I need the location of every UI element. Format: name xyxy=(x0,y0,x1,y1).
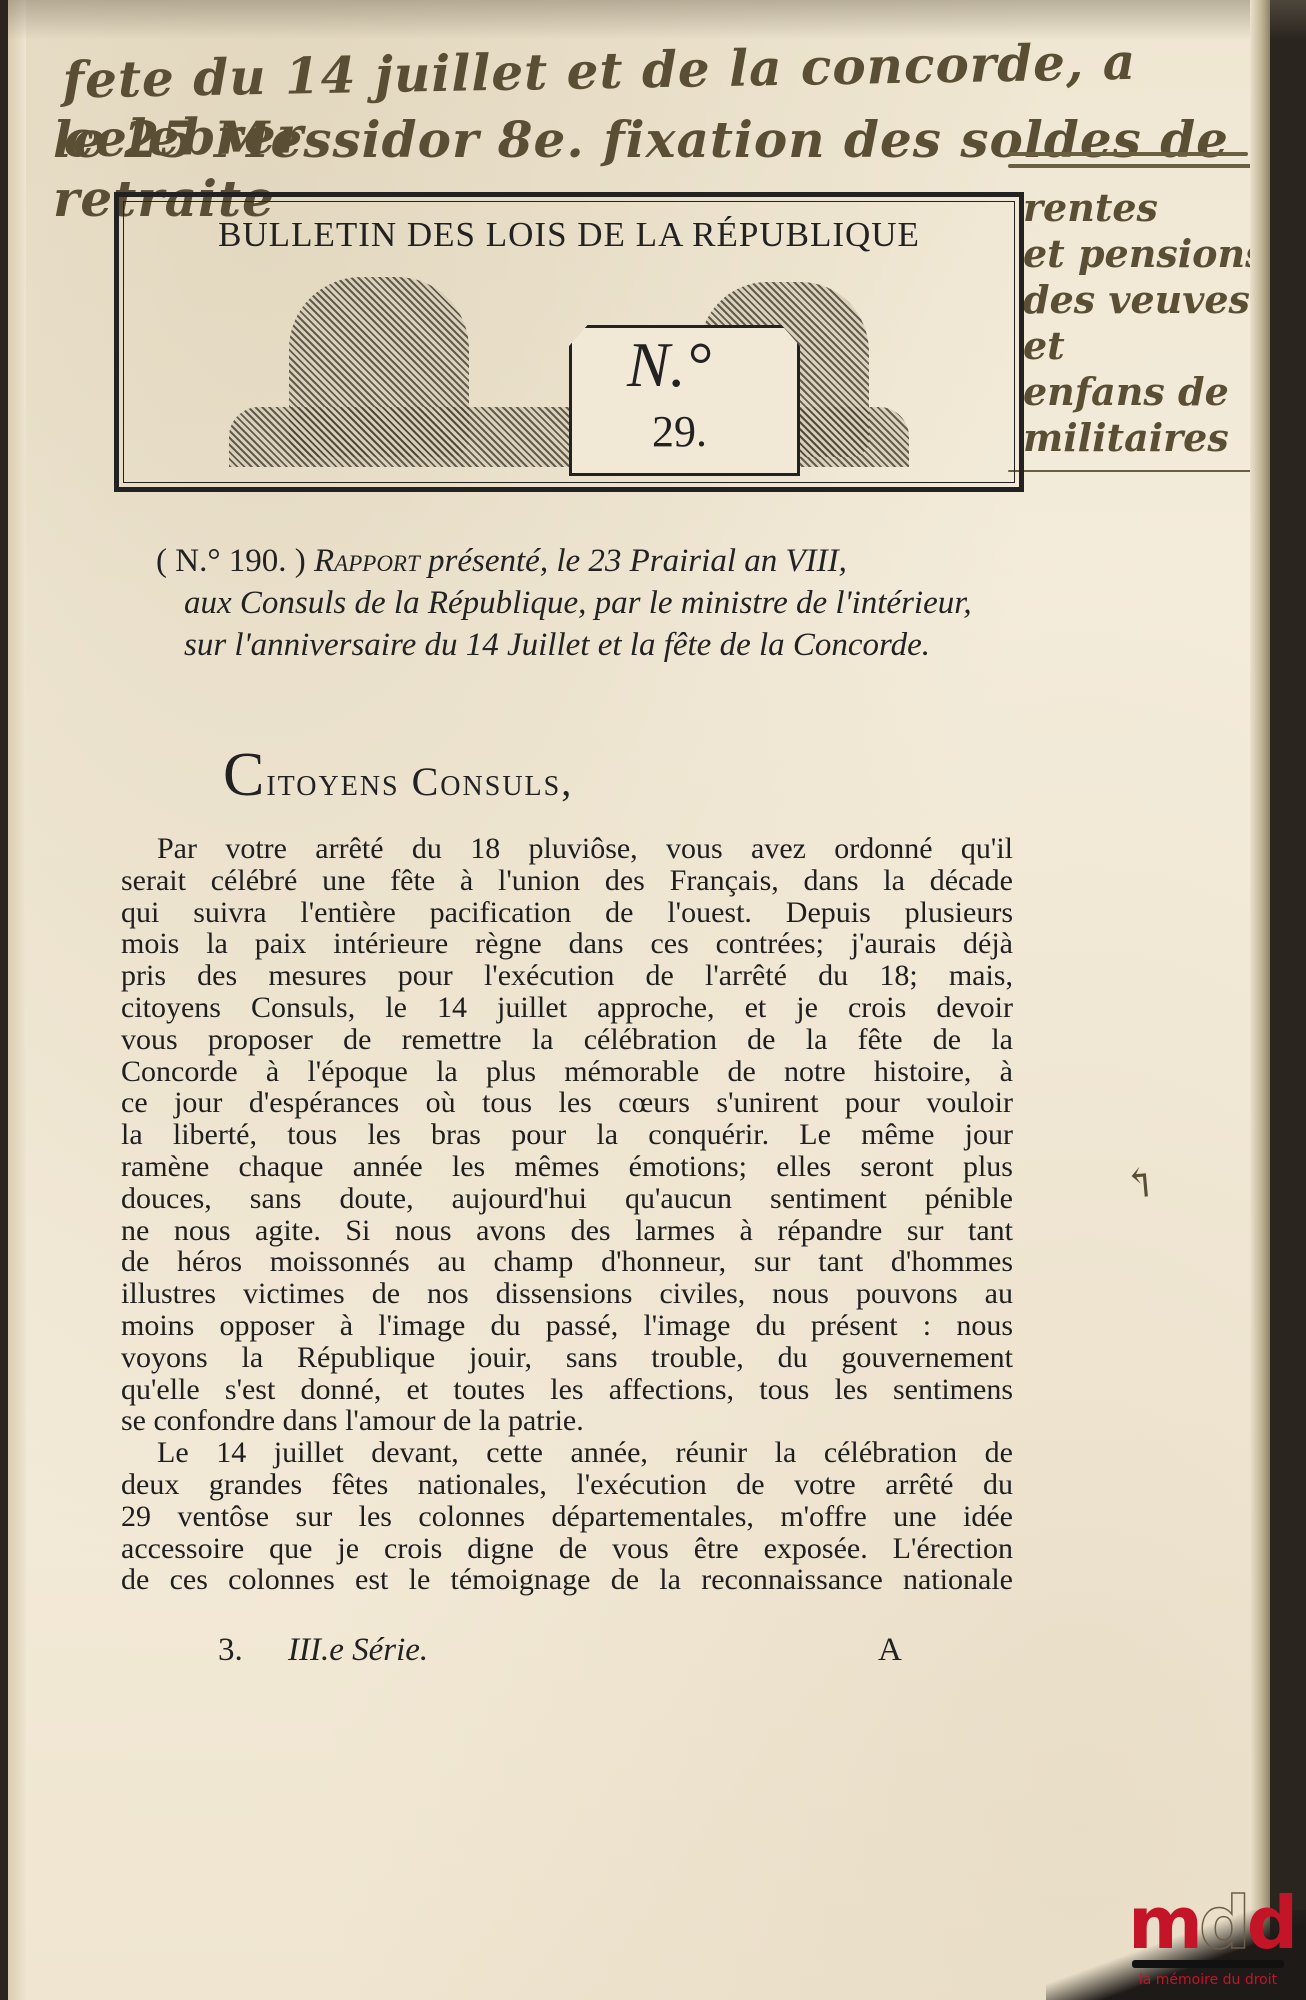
margin-mark-icon: ↰ xyxy=(1121,1159,1158,1209)
body-line: ne nous agite. Si nous avons des larmes … xyxy=(121,1215,1013,1247)
body-line: mois la paix intérieure règne dans ces c… xyxy=(121,928,1013,960)
handwritten-strike xyxy=(1008,152,1248,156)
body-line: voyons la République jouir, sans trouble… xyxy=(121,1342,1013,1374)
side-note-line: et pensions xyxy=(1023,231,1273,277)
handwritten-rule xyxy=(1008,470,1268,472)
rapport-heading: ( N.° 190. ) Rapport présenté, le 23 Pra… xyxy=(156,540,1016,666)
salutation-initial: C xyxy=(223,741,266,809)
body-line: pris des mesures pour l'exécution de l'a… xyxy=(121,960,1013,992)
bulletin-number: 29. xyxy=(652,406,707,457)
body-line: vous proposer de remettre la célébration… xyxy=(121,1024,1013,1056)
body-line: serait célébré une fête à l'union des Fr… xyxy=(121,865,1013,897)
logo-tagline: la mémoire du droit xyxy=(1128,1972,1288,1988)
side-note-line: des veuves xyxy=(1023,277,1273,323)
side-note-line: militaires xyxy=(1023,415,1273,461)
body-line: ramène chaque année les mêmes émotions; … xyxy=(121,1151,1013,1183)
rapport-title-word: Rapport xyxy=(314,543,420,579)
body-line: Par votre arrêté du 18 pluviôse, vous av… xyxy=(121,833,1013,865)
body-line: la liberté, tous les bras pour la conqué… xyxy=(121,1119,1013,1151)
signature-number: 3. xyxy=(218,1632,243,1669)
salutation: Citoyens Consuls, xyxy=(223,740,573,811)
salutation-rest: itoyens Consuls, xyxy=(266,759,573,804)
rapport-line-2: aux Consuls de la République, par le min… xyxy=(156,582,1016,624)
body-line: qui suivra l'entière pacification de l'o… xyxy=(121,897,1013,929)
body-line: 29 ventôse sur les colonnes départementa… xyxy=(121,1501,1013,1533)
document-page: fete du 14 juillet et de la concorde, a … xyxy=(8,0,1270,2000)
body-line: qu'elle s'est donné, et toutes les affec… xyxy=(121,1374,1013,1406)
bulletin-header-frame: BULLETIN DES LOIS DE LA RÉPUBLIQUE N.° 2… xyxy=(114,192,1024,492)
body-line: de héros moissonnés au champ d'honneur, … xyxy=(121,1246,1013,1278)
rapport-number: ( N.° 190. ) xyxy=(156,543,306,579)
number-label: N.° xyxy=(627,328,711,402)
body-line: illustres victimes de nos dissensions ci… xyxy=(121,1278,1013,1310)
body-line: ce jour d'espérances où tous les cœurs s… xyxy=(121,1087,1013,1119)
rapport-line-3: sur l'anniversaire du 14 Juillet et la f… xyxy=(156,624,1016,666)
allegorical-vignette: N.° 29. xyxy=(229,257,909,467)
number-plaque: N.° 29. xyxy=(569,325,800,476)
rapport-line-1: présenté, le 23 Prairial an VIII, xyxy=(428,543,847,579)
body-line: moins opposer à l'image du passé, l'imag… xyxy=(121,1310,1013,1342)
side-note-line: rentes xyxy=(1023,185,1273,231)
serie-label: III.e Série. xyxy=(288,1632,428,1669)
handwritten-strike xyxy=(1008,164,1258,168)
body-line: deux grandes fêtes nationales, l'exécuti… xyxy=(121,1469,1013,1501)
body-line: de ces colonnes est le témoignage de la … xyxy=(121,1564,1013,1596)
logo-wordmark: mdd xyxy=(1128,1888,1288,1958)
body-line: Le 14 juillet devant, cette année, réuni… xyxy=(121,1437,1013,1469)
body-line: accessoire que je crois digne de vous êt… xyxy=(121,1533,1013,1565)
bulletin-title: BULLETIN DES LOIS DE LA RÉPUBLIQUE xyxy=(119,215,1019,255)
body-line: douces, sans doute, aujourd'hui qu'aucun… xyxy=(121,1183,1013,1215)
body-line: citoyens Consuls, le 14 juillet approche… xyxy=(121,992,1013,1024)
body-line: se confondre dans l'amour de la patrie. xyxy=(121,1405,1013,1437)
side-note-line: et xyxy=(1023,323,1273,369)
body-line: Concorde à l'époque la plus mémorable de… xyxy=(121,1056,1013,1088)
side-note-line: enfans de xyxy=(1023,369,1273,415)
body-text: Par votre arrêté du 18 pluviôse, vous av… xyxy=(121,833,1013,1596)
mdd-logo: mdd la mémoire du droit xyxy=(1128,1888,1288,1988)
signature-mark: A xyxy=(878,1632,902,1669)
handwritten-side-note: rentes et pensions des veuves et enfans … xyxy=(1023,185,1273,461)
